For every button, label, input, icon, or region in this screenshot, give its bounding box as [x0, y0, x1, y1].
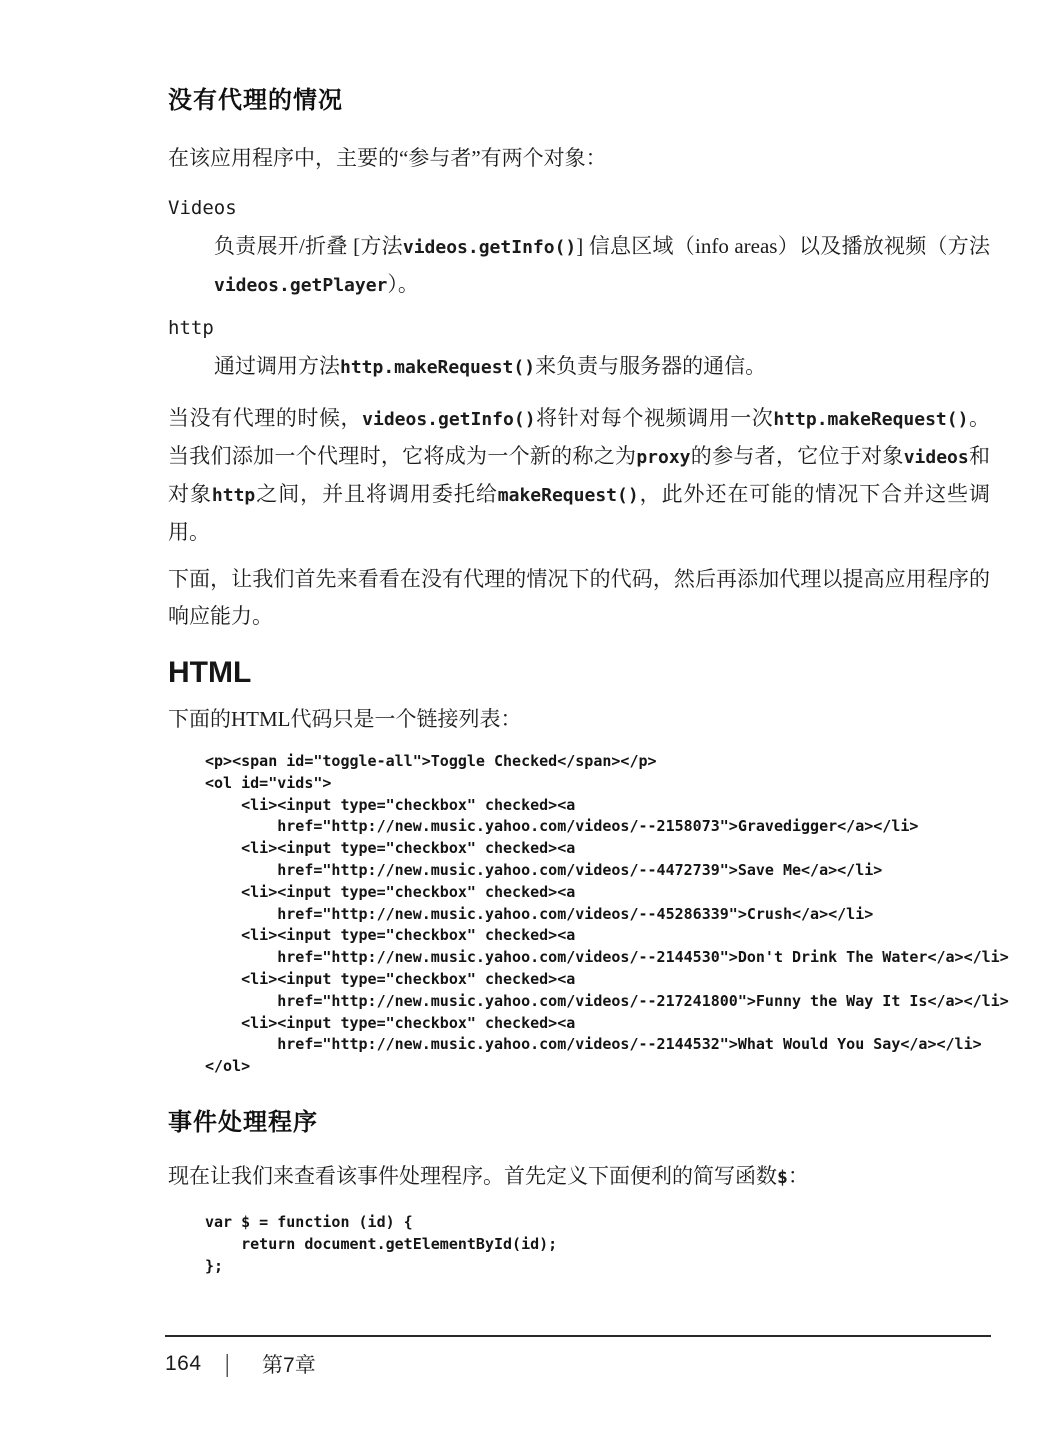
text-run: 来负责与服务器的通信。: [535, 354, 766, 378]
definition-list: Videos 负责展开/折叠 [方法videos.getInfo()] 信息区域…: [168, 196, 990, 386]
inline-code: $: [777, 1167, 788, 1188]
section-heading-html: HTML: [168, 655, 990, 691]
definition-desc-http: 通过调用方法http.makeRequest()来负责与服务器的通信。: [214, 348, 990, 386]
text-run: ：: [788, 1164, 809, 1188]
paragraph-events-intro: 现在让我们来查看该事件处理程序。首先定义下面便利的简写函数$：: [168, 1158, 990, 1196]
section-heading-no-proxy: 没有代理的情况: [168, 86, 990, 116]
text-run: 当没有代理的时候，: [168, 406, 362, 430]
inline-code: http.makeRequest(): [340, 357, 535, 378]
text-run: 现在让我们来查看该事件处理程序。首先定义下面便利的简写函数: [168, 1164, 777, 1188]
definition-term-http: http: [168, 316, 990, 340]
page-number: 164: [165, 1352, 202, 1376]
inline-code: proxy: [636, 447, 690, 468]
inline-code: http.makeRequest(): [773, 409, 968, 430]
text-run: 负责展开/折叠 [方法: [214, 234, 403, 258]
inline-code: makeRequest(): [498, 485, 639, 506]
chapter-label: 第7章: [262, 1349, 316, 1379]
text-run: 之间，并且将调用委托给: [255, 482, 498, 506]
paragraph-participants-intro: 在该应用程序中，主要的“参与者”有两个对象：: [168, 140, 990, 176]
inline-code: videos.getPlayer: [214, 275, 387, 296]
section-heading-event-handlers: 事件处理程序: [168, 1108, 990, 1138]
footer-divider: |: [225, 1350, 229, 1379]
definition-term-videos: Videos: [168, 196, 990, 220]
text-run: 的参与者，它位于对象: [691, 444, 904, 468]
text-run: 通过调用方法: [214, 354, 340, 378]
code-block-html-list: <p><span id="toggle-all">Toggle Checked<…: [205, 751, 990, 1078]
page-footer: 164 | 第7章: [165, 1335, 991, 1379]
code-block-dollar-function: var $ = function (id) { return document.…: [205, 1212, 990, 1277]
page-content: 没有代理的情况 在该应用程序中，主要的“参与者”有两个对象： Videos 负责…: [168, 86, 990, 1277]
inline-code: http: [212, 485, 255, 506]
paragraph-proxy-description: 当没有代理的时候，videos.getInfo()将针对每个视频调用一次http…: [168, 400, 990, 551]
inline-code: videos: [904, 447, 969, 468]
inline-code: videos.getInfo(): [403, 237, 576, 258]
book-page: 没有代理的情况 在该应用程序中，主要的“参与者”有两个对象： Videos 负责…: [0, 0, 1054, 1441]
paragraph-lets-look: 下面，让我们首先来看看在没有代理的情况下的代码，然后再添加代理以提高应用程序的响…: [168, 561, 990, 635]
text-run: ）。: [387, 272, 419, 296]
inline-code: videos.getInfo(): [362, 409, 535, 430]
definition-desc-videos: 负责展开/折叠 [方法videos.getInfo()] 信息区域（info a…: [214, 228, 990, 304]
text-run: 将针对每个视频调用一次: [536, 406, 774, 430]
text-run: ] 信息区域（info areas）以及播放视频（方法: [576, 234, 990, 258]
paragraph-html-intro: 下面的HTML代码只是一个链接列表：: [168, 701, 990, 737]
